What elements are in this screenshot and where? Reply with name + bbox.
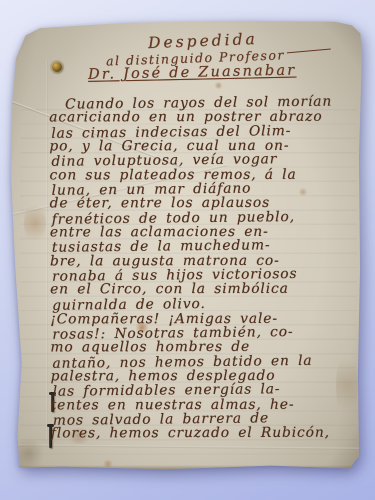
paper-sheet: Despedida al distinguido Profesor Dr. Jo…	[6, 20, 364, 472]
paper-crease	[46, 60, 48, 440]
aged-paper: Despedida al distinguido Profesor Dr. Jo…	[6, 20, 364, 472]
foxing-stain	[214, 82, 223, 89]
document-title-block: Despedida al distinguido Profesor Dr. Jo…	[6, 32, 364, 80]
title-line-3: Dr. José de Zuasnabar	[88, 62, 364, 83]
pen-flourish-stroke	[287, 49, 331, 55]
manuscript-photo: Despedida al distinguido Profesor Dr. Jo…	[0, 0, 375, 500]
foxing-stain	[14, 438, 44, 468]
foxing-stain	[24, 200, 46, 246]
manuscript-body: Cuando los rayos del sol morían acaricia…	[49, 95, 361, 441]
page-bottom-edge	[15, 465, 358, 471]
foxing-stain	[102, 460, 114, 468]
paper-crease	[10, 445, 362, 450]
manuscript-line: flores, hemos cruzado el Rubicón,	[51, 426, 361, 441]
